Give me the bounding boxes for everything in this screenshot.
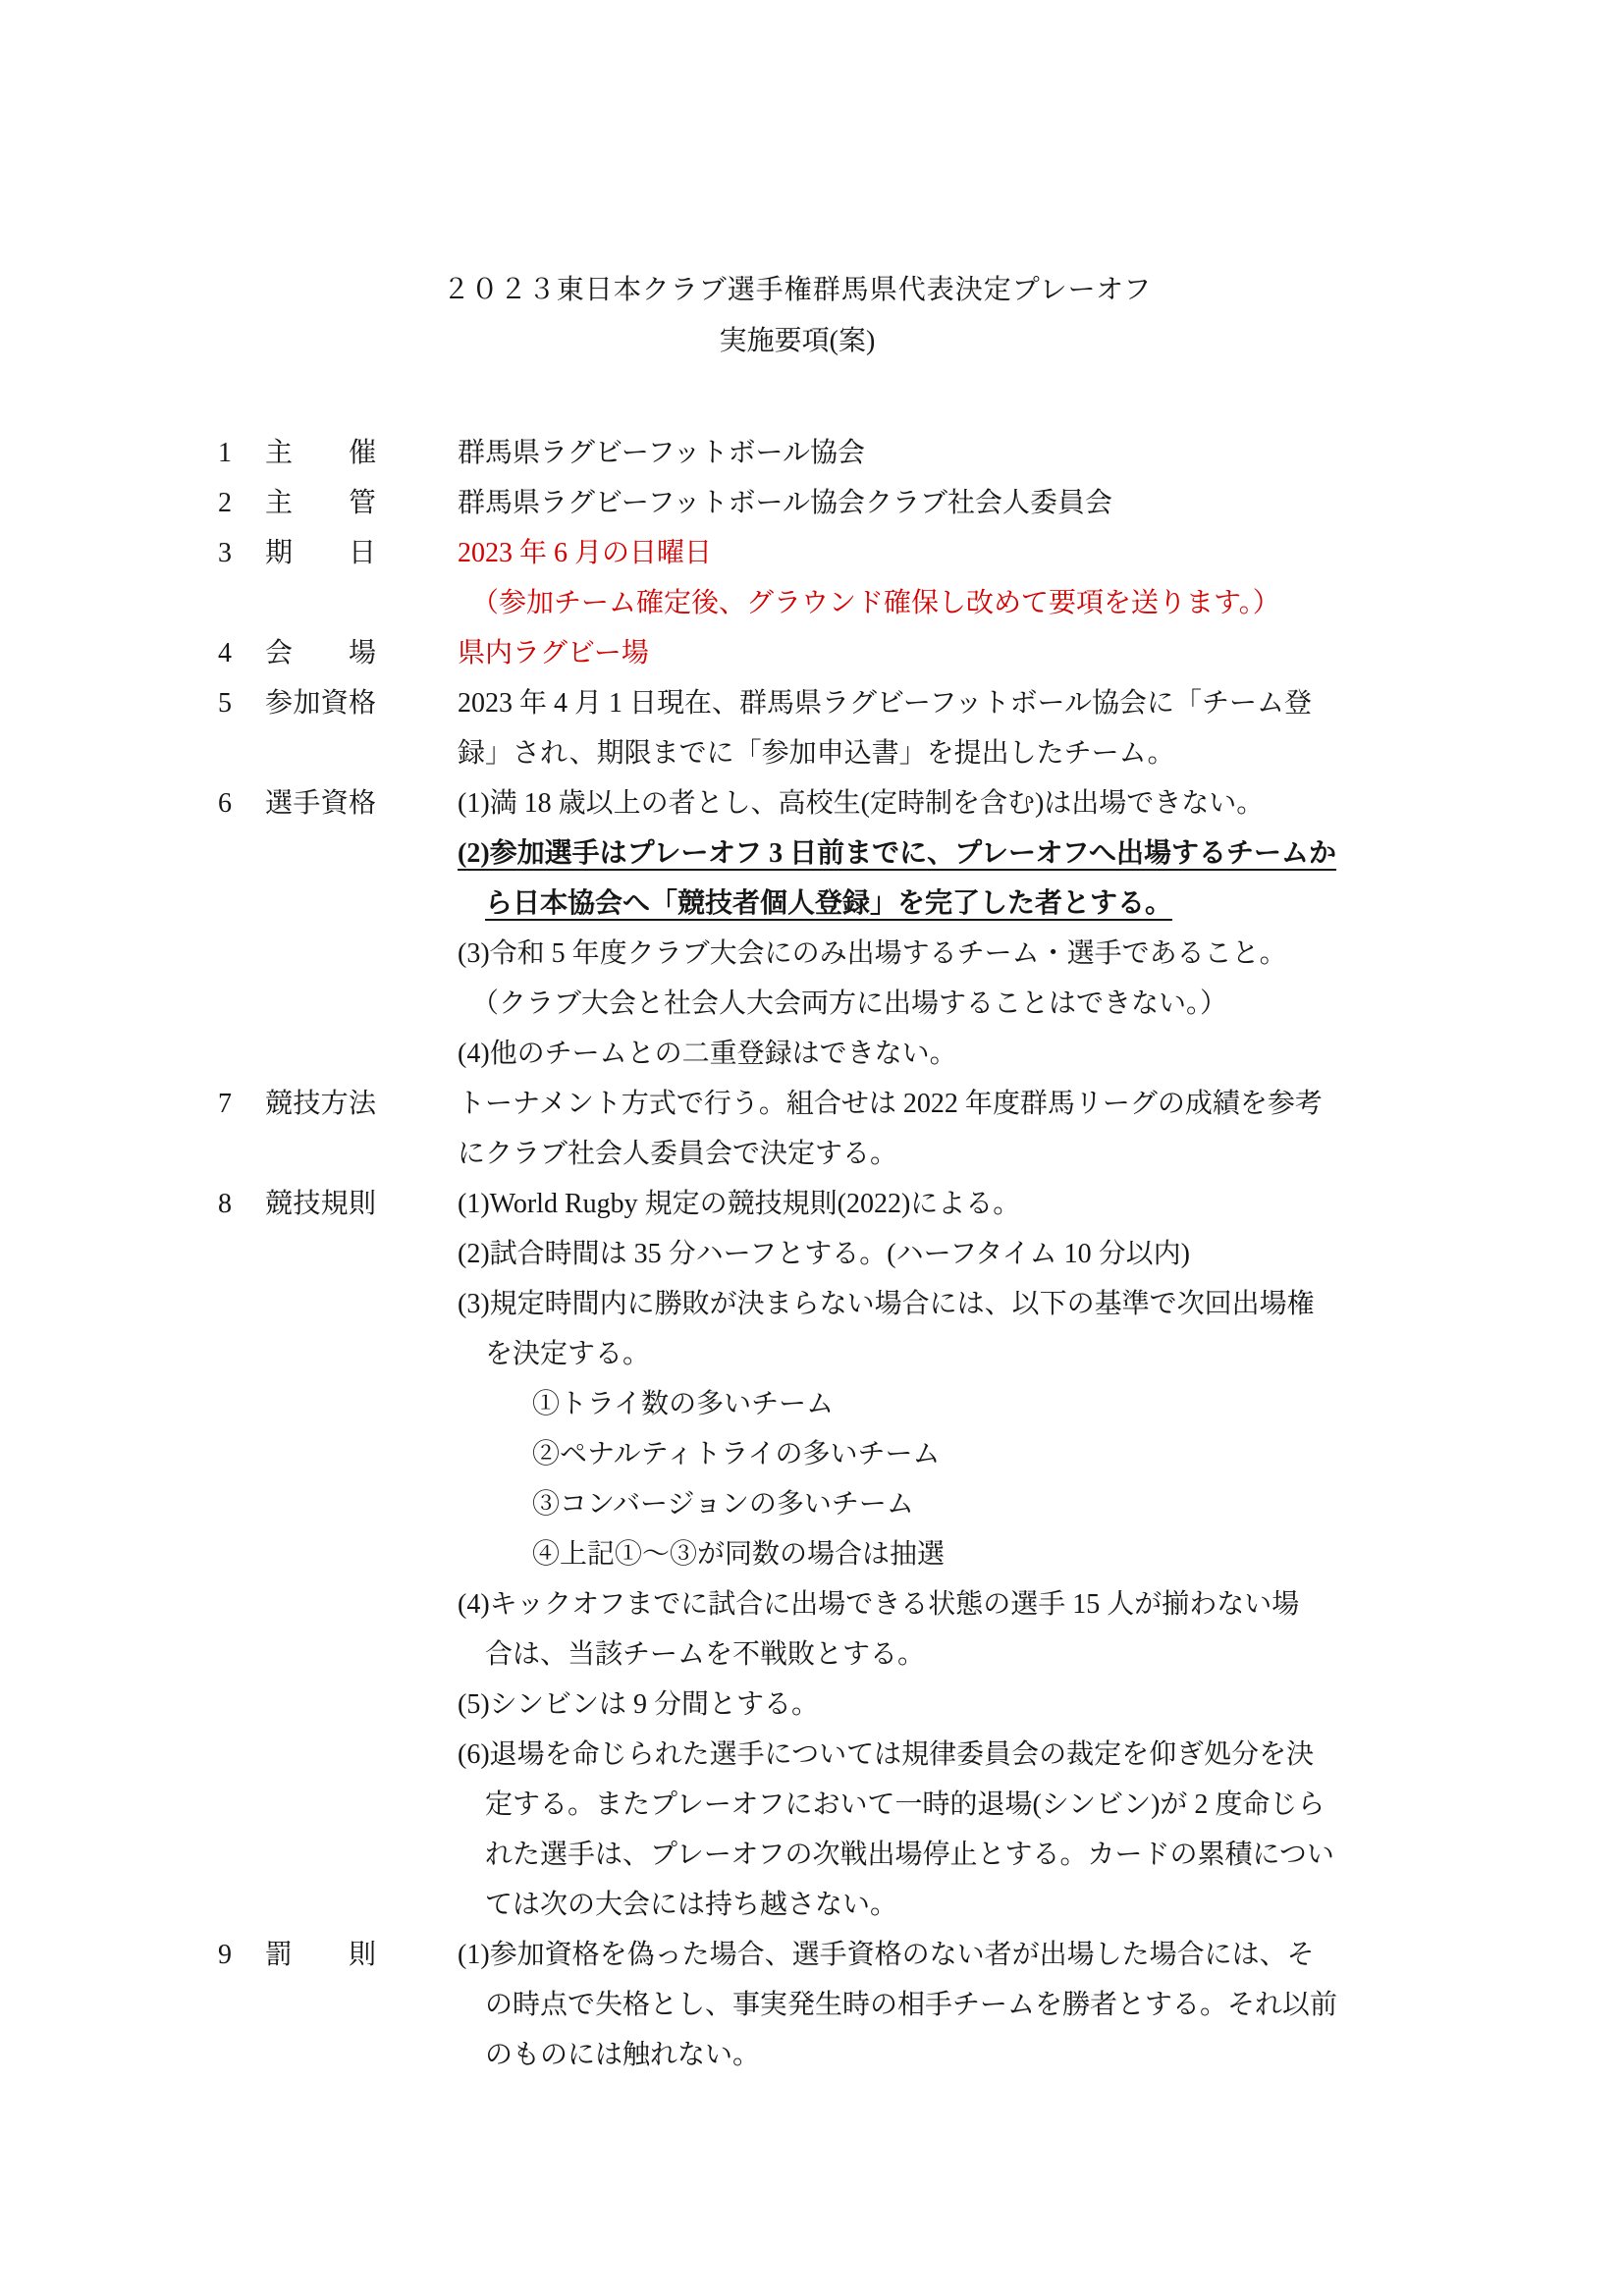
item-content: 県内ラグビー場 — [458, 628, 1417, 678]
item-number: 9 — [218, 1930, 265, 1980]
item-row-5: 5 参加資格 2023 年 4 月 1 日現在、群馬県ラグビーフットボール協会に… — [218, 678, 1417, 778]
item-text-line: 録」され、期限までに「参加申込書」を提出したチーム。 — [458, 728, 1417, 778]
item-label: 選手資格 — [265, 778, 376, 828]
item-row-7: 7 競技方法 トーナメント方式で行う。組合せは 2022 年度群馬リーグの成績を… — [218, 1079, 1417, 1179]
item-number: 4 — [218, 628, 265, 678]
item-content: (1)World Rugby 規定の競技規則(2022)による。 (2)試合時間… — [458, 1179, 1417, 1930]
item-text-line: (4)他のチームとの二重登録はできない。 — [458, 1029, 1417, 1079]
item-text-line-circled-3: ③コンバージョンの多いチーム — [458, 1479, 1417, 1529]
item-text-line: (5)シンビンは 9 分間とする。 — [458, 1680, 1417, 1730]
item-text-line: 2023 年 4 月 1 日現在、群馬県ラグビーフットボール協会に「チーム登 — [458, 678, 1417, 728]
item-number: 7 — [218, 1079, 265, 1129]
item-text-line: の時点で失格とし、事実発生時の相手チームを勝者とする。それ以前 — [458, 1980, 1417, 2030]
item-label: 期日 — [265, 528, 376, 578]
document-subtitle: 実施要項(案) — [218, 316, 1377, 367]
item-row-9: 9 罰則 (1)参加資格を偽った場合、選手資格のない者が出場した場合には、そ の… — [218, 1930, 1417, 2080]
item-content: トーナメント方式で行う。組合せは 2022 年度群馬リーグの成績を参考 にクラブ… — [458, 1079, 1417, 1179]
item-row-2: 2 主管 群馬県ラグビーフットボール協会クラブ社会人委員会 — [218, 478, 1417, 528]
item-label: 主管 — [265, 478, 376, 528]
item-text-line: トーナメント方式で行う。組合せは 2022 年度群馬リーグの成績を参考 — [458, 1079, 1417, 1129]
item-text-line: (1)World Rugby 規定の競技規則(2022)による。 — [458, 1179, 1417, 1229]
document-title: ２０２３東日本クラブ選手権群馬県代表決定プレーオフ — [218, 265, 1377, 316]
item-number: 8 — [218, 1179, 265, 1229]
item-number: 3 — [218, 528, 265, 578]
item-text-line: (3)規定時間内に勝敗が決まらない場合には、以下の基準で次回出場権 — [458, 1279, 1417, 1329]
item-text-line: (6)退場を命じられた選手については規律委員会の裁定を仰ぎ処分を決 — [458, 1730, 1417, 1780]
item-row-6: 6 選手資格 (1)満 18 歳以上の者とし、高校生(定時制を含む)は出場できな… — [218, 778, 1417, 1079]
item-content: 2023 年 6 月の日曜日 （参加チーム確定後、グラウンド確保し改めて要項を送… — [458, 528, 1417, 628]
item-row-3: 3 期日 2023 年 6 月の日曜日 （参加チーム確定後、グラウンド確保し改め… — [218, 528, 1417, 628]
item-number: 5 — [218, 678, 265, 728]
item-text-line: (2)試合時間は 35 分ハーフとする。(ハーフタイム 10 分以内) — [458, 1229, 1417, 1279]
item-number: 1 — [218, 428, 265, 478]
item-label: 参加資格 — [265, 678, 376, 728]
item-content: 群馬県ラグビーフットボール協会クラブ社会人委員会 — [458, 478, 1417, 528]
item-number: 6 — [218, 778, 265, 828]
item-text-line: （クラブ大会と社会人大会両方に出場することはできない。） — [458, 979, 1417, 1029]
item-text-line: ては次の大会には持ち越さない。 — [458, 1880, 1417, 1930]
item-text-line: 合は、当該チームを不戦敗とする。 — [458, 1629, 1417, 1680]
item-text-line: を決定する。 — [458, 1329, 1417, 1379]
item-text-line: 群馬県ラグビーフットボール協会 — [458, 428, 1417, 478]
item-row-4: 4 会場 県内ラグビー場 — [218, 628, 1417, 678]
item-text-line-circled-1: ①トライ数の多いチーム — [458, 1379, 1417, 1429]
item-text-line: のものには触れない。 — [458, 2030, 1417, 2080]
item-text-line: 定する。またプレーオフにおいて一時的退場(シンビン)が 2 度命じら — [458, 1780, 1417, 1830]
item-text-line-circled-4: ④上記①～③が同数の場合は抽選 — [458, 1529, 1417, 1579]
item-text-line-emphasis: (2)参加選手はプレーオフ 3 日前までに、プレーオフへ出場するチームか — [458, 828, 1417, 879]
item-text-line-circled-2: ②ペナルティトライの多いチーム — [458, 1429, 1417, 1479]
item-label: 競技規則 — [265, 1179, 376, 1229]
item-label: 会場 — [265, 628, 376, 678]
item-text-line-red: （参加チーム確定後、グラウンド確保し改めて要項を送ります。） — [458, 578, 1417, 628]
item-number: 2 — [218, 478, 265, 528]
item-content: 群馬県ラグビーフットボール協会 — [458, 428, 1417, 478]
item-text-line: (4)キックオフまでに試合に出場できる状態の選手 15 人が揃わない場 — [458, 1579, 1417, 1629]
item-content: (1)参加資格を偽った場合、選手資格のない者が出場した場合には、そ の時点で失格… — [458, 1930, 1417, 2080]
item-text-line: (1)満 18 歳以上の者とし、高校生(定時制を含む)は出場できない。 — [458, 778, 1417, 828]
item-text-line: 群馬県ラグビーフットボール協会クラブ社会人委員会 — [458, 478, 1417, 528]
item-text-line-emphasis: ら日本協会へ「競技者個人登録」を完了した者とする。 — [458, 879, 1417, 929]
items-list: 1 主催 群馬県ラグビーフットボール協会 2 主管 群馬県ラグビーフットボール協… — [218, 428, 1417, 2080]
item-content: 2023 年 4 月 1 日現在、群馬県ラグビーフットボール協会に「チーム登 録… — [458, 678, 1417, 778]
item-text-line: れた選手は、プレーオフの次戦出場停止とする。カードの累積につい — [458, 1830, 1417, 1880]
document-page: ２０２３東日本クラブ選手権群馬県代表決定プレーオフ 実施要項(案) 1 主催 群… — [0, 0, 1623, 2296]
item-text-line-red: 2023 年 6 月の日曜日 — [458, 528, 1417, 578]
item-row-1: 1 主催 群馬県ラグビーフットボール協会 — [218, 428, 1417, 478]
item-label: 罰則 — [265, 1930, 376, 1980]
item-text-line: (3)令和 5 年度クラブ大会にのみ出場するチーム・選手であること。 — [458, 929, 1417, 979]
item-text-line: (1)参加資格を偽った場合、選手資格のない者が出場した場合には、そ — [458, 1930, 1417, 1980]
item-label: 主催 — [265, 428, 376, 478]
item-text-line-red: 県内ラグビー場 — [458, 628, 1417, 678]
item-label: 競技方法 — [265, 1079, 376, 1129]
item-content: (1)満 18 歳以上の者とし、高校生(定時制を含む)は出場できない。 (2)参… — [458, 778, 1417, 1079]
item-text-line: にクラブ社会人委員会で決定する。 — [458, 1129, 1417, 1179]
item-row-8: 8 競技規則 (1)World Rugby 規定の競技規則(2022)による。 … — [218, 1179, 1417, 1930]
